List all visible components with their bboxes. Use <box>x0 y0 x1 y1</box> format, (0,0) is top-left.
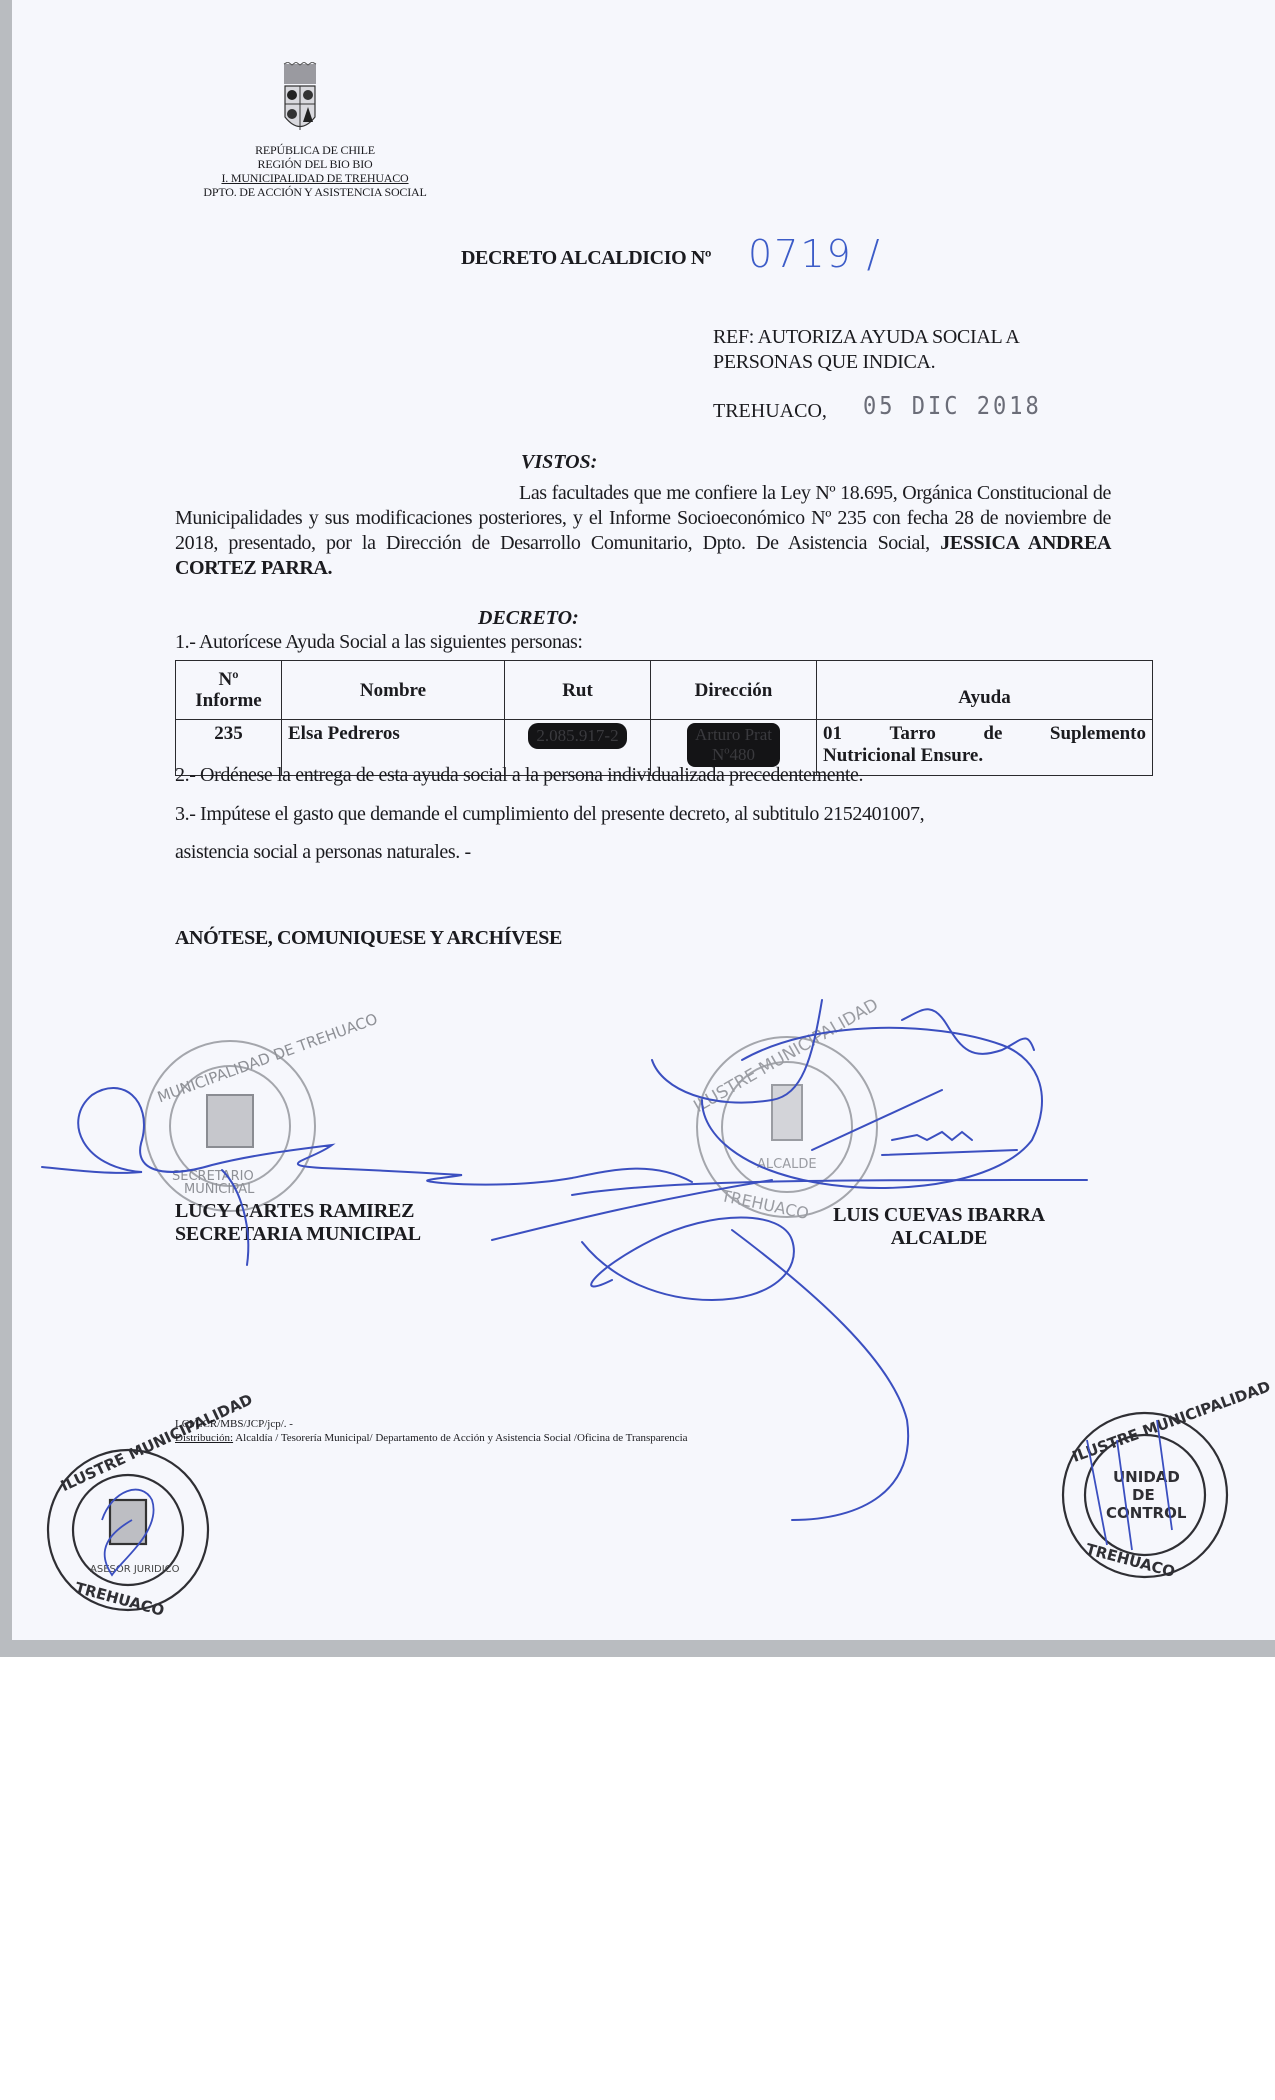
initial-marks-icon <box>102 1420 1172 1575</box>
signatures-layer <box>12 0 1275 1640</box>
right-signature-icon <box>492 1000 1087 1520</box>
left-signature-icon <box>42 1088 692 1265</box>
document-page: REPÚBLICA DE CHILE REGIÓN DEL BIO BIO I.… <box>12 0 1275 1640</box>
